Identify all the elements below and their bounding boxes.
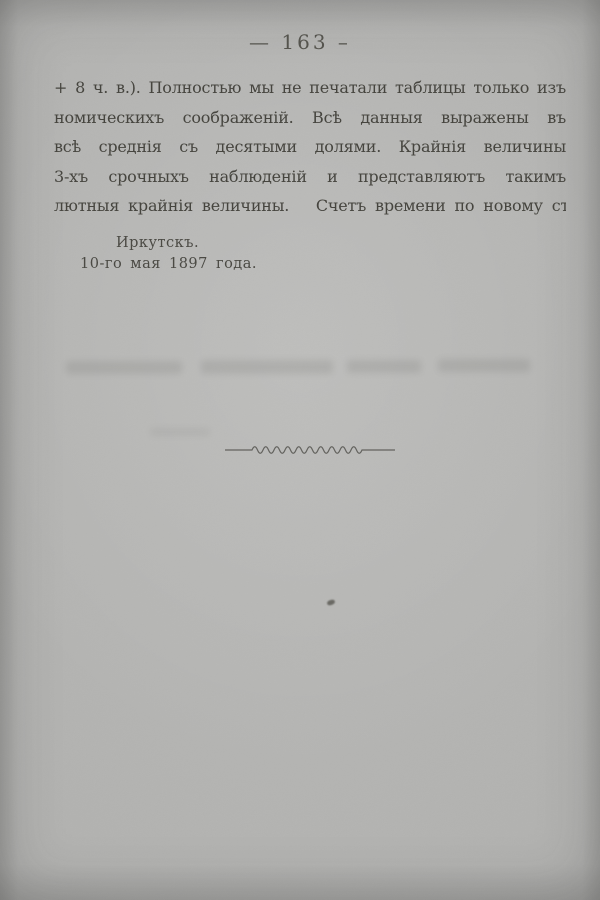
paragraph-line: лютныя крайнія величины. Счетъ времени п… [54, 191, 566, 221]
body-paragraph: + 8 ч. в.). Полностью мы не печатали таб… [54, 73, 566, 221]
ink-speck [326, 599, 335, 606]
squiggle-divider-icon [225, 443, 395, 457]
bleed-through-mark [201, 360, 333, 374]
paragraph-line: + 8 ч. в.). Полностью мы не печатали таб… [54, 73, 566, 103]
bleed-through-mark [66, 361, 182, 374]
signature-place: Иркутскъ. [116, 235, 199, 251]
page-number: — 163 – [0, 30, 600, 54]
bleed-through-mark [150, 428, 210, 436]
bleed-through-mark [347, 360, 421, 373]
bleed-through-mark [438, 359, 530, 372]
scanned-book-page: — 163 – + 8 ч. в.). Полностью мы не печа… [0, 0, 600, 900]
paragraph-line: всѣ среднія съ десятыми долями. Крайнія … [54, 132, 566, 162]
paragraph-line: 3-хъ срочныхъ наблюденій и представляютъ… [54, 162, 566, 192]
signature-date: 10-го мая 1897 года. [80, 256, 257, 272]
paragraph-line: номическихъ соображеній. Всѣ данныя выра… [54, 103, 566, 133]
